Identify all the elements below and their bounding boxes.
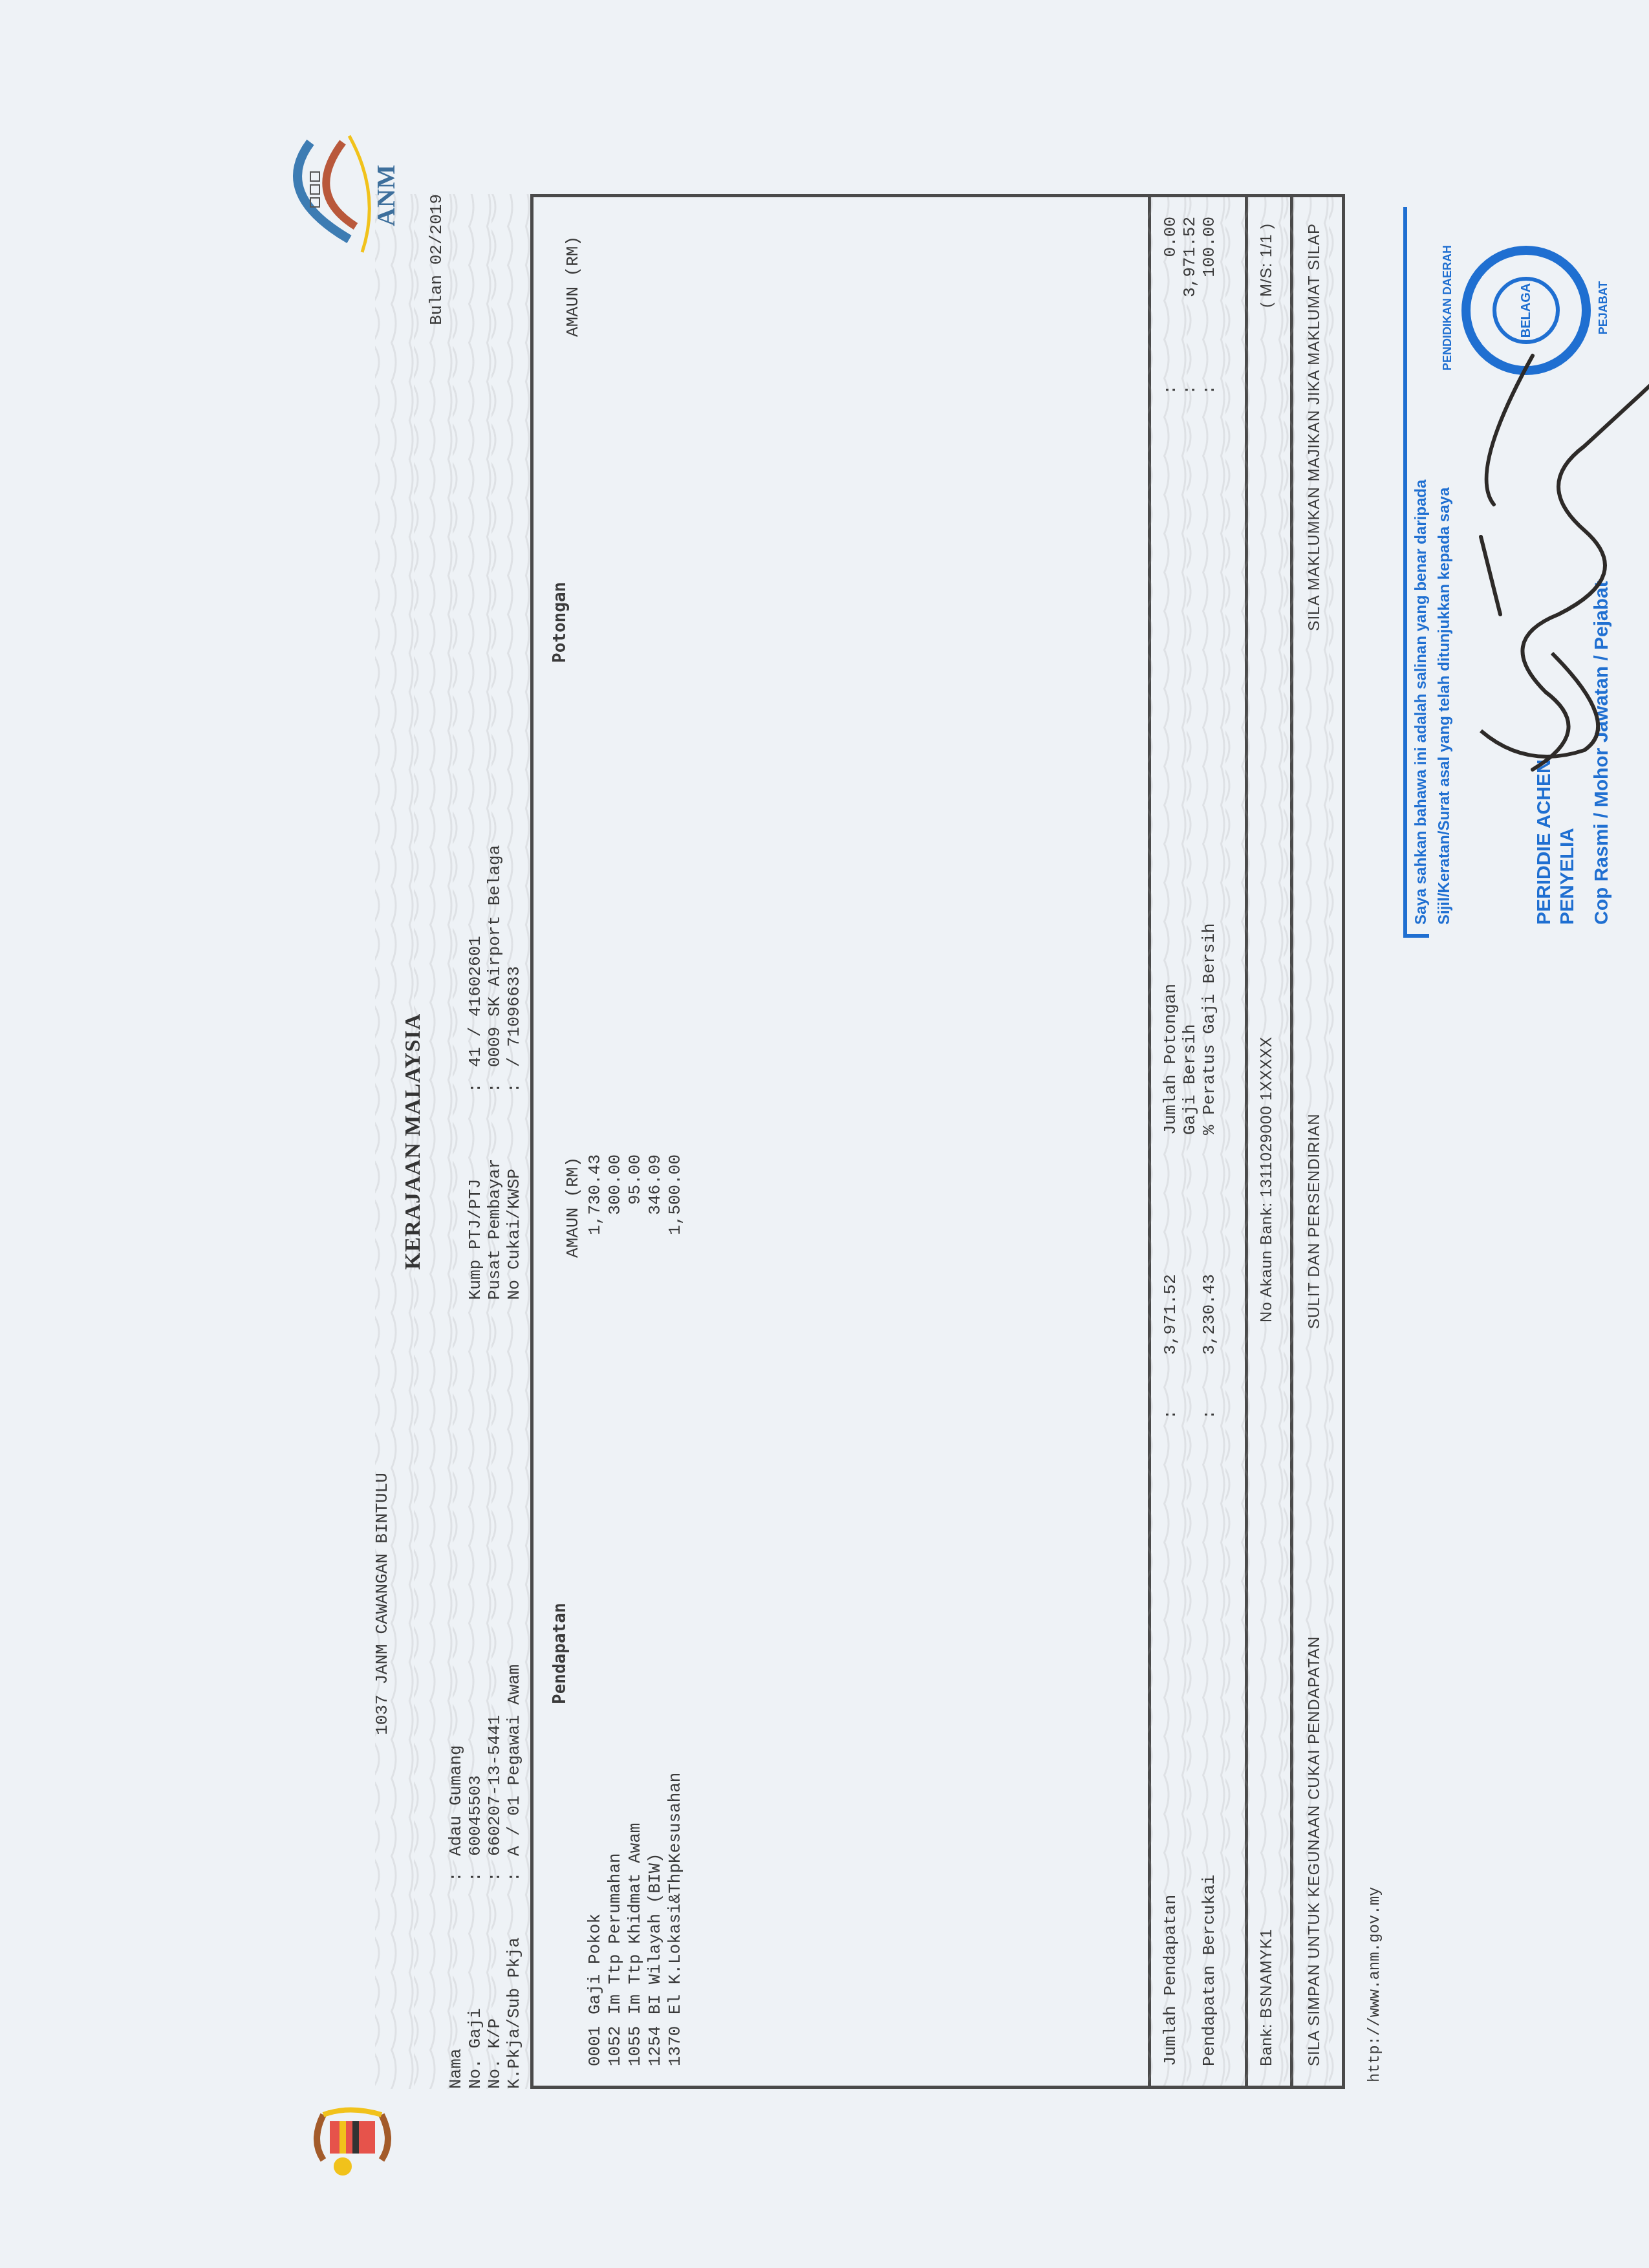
- field-label-no-gaji: No. Gaji: [466, 2008, 485, 2089]
- earnings-heading: Pendapatan: [550, 1603, 570, 1704]
- org-title: KERAJAAN MALAYSIA: [401, 194, 426, 2089]
- certification-stamp: Saya sahkan bahawa ini adalah salinan ya…: [1403, 207, 1617, 938]
- field-sep: :: [466, 1872, 485, 1882]
- salary-number: 60045503: [466, 1775, 485, 1856]
- field-label-pusat-pembayar: Pusat Pembayar: [485, 1159, 504, 1300]
- notice-bar: SILA SIMPAN UNTUK KEGUNAAN CUKAI PENDAPA…: [1290, 194, 1345, 2089]
- bank-name: Bank: BSNAMYK1: [1258, 1928, 1276, 2066]
- net-salary-label: Gaji Bersih: [1180, 1024, 1200, 1135]
- signature-icon: [1455, 291, 1649, 808]
- earning-code: 1254: [645, 2026, 665, 2066]
- service-category: A / 01 Pegawai Awam: [504, 1665, 524, 1856]
- total-earnings-value: 3,971.52: [1161, 1274, 1181, 1355]
- notice-report-errors: SILA MAKLUMKAN MAJIKAN JIKA MAKLUMAT SIL…: [1306, 223, 1324, 631]
- stamp-text-line1: Saya sahkan bahawa ini adalah salinan ya…: [1412, 480, 1430, 925]
- net-salary-value: 3,971.52: [1180, 217, 1200, 297]
- ptj-code: 41 / 41602601: [466, 936, 485, 1067]
- earning-description: El K.Lokasi&ThpKesusahan: [665, 1773, 685, 2014]
- field-sep: :: [1180, 385, 1200, 395]
- seal-text-top: PENDIDIKAN DAERAH: [1441, 243, 1454, 373]
- earning-code: 1370: [665, 2026, 685, 2066]
- field-label-no-kp: No. K/P: [485, 2018, 504, 2089]
- field-label-nama: Nama: [446, 2049, 466, 2089]
- totals-section: Jumlah Pendapatan : 3,971.52 Pendapatan …: [1148, 194, 1248, 2089]
- malaysia-coat-of-arms-icon: [304, 2102, 394, 2179]
- stamp-bracket: [1403, 207, 1407, 938]
- field-sep: :: [1161, 1409, 1181, 1420]
- field-sep: :: [504, 1872, 524, 1882]
- field-label-no-cukai: No Cukai/KWSP: [504, 1169, 524, 1300]
- notice-tax: SILA SIMPAN UNTUK KEGUNAAN CUKAI PENDAPA…: [1306, 1636, 1324, 2066]
- field-sep: :: [485, 1083, 504, 1093]
- field-sep: :: [485, 1872, 504, 1882]
- total-deductions-value: 0.00: [1161, 217, 1181, 257]
- ic-number: 660207-13-5441: [485, 1715, 504, 1856]
- field-sep: :: [466, 1083, 485, 1093]
- field-sep: :: [504, 1083, 524, 1093]
- earning-description: BI Wilayah (BIW): [645, 1853, 665, 2014]
- earning-amount: 1,500.00: [665, 1154, 685, 1258]
- header-band: 1037 JANM CAWANGAN BINTULU KERAJAAN MALA…: [375, 194, 530, 2089]
- notice-confidential: SULIT DAN PERSENDIRIAN: [1306, 1113, 1324, 1329]
- branch-name: 1037 JANM CAWANGAN BINTULU: [372, 1119, 392, 2089]
- website-link[interactable]: http://www.anm.gov.my: [1366, 1887, 1384, 2082]
- bank-account: No Akaun Bank: 1311029000 1XXXXX: [1258, 1036, 1276, 1323]
- tax-epf-number: / 71096633: [504, 966, 524, 1067]
- stamp-text-line2: Sijil/Keratan/Surat asal yang telah ditu…: [1436, 488, 1454, 925]
- employee-name: Adau Gumang: [446, 1745, 466, 1856]
- earning-description: Im Ttp Perumahan: [605, 1853, 625, 2014]
- earning-code: 0001: [585, 2026, 605, 2066]
- earning-description: Gaji Pokok: [585, 1914, 605, 2014]
- field-sep: :: [1200, 385, 1220, 395]
- deductions-amount-heading: AMAUN (RM): [563, 236, 583, 337]
- field-label-kump-ptj: Kump PTJ/PTJ: [466, 1179, 485, 1300]
- taxable-income-value: 3,230.43: [1200, 1274, 1220, 1355]
- field-label-pkja: K.Pkja/Sub Pkja: [504, 1938, 524, 2089]
- net-percent-label: % Peratus Gaji Bersih: [1200, 923, 1220, 1135]
- earning-amount: 300.00: [605, 1154, 625, 1258]
- stamp-bracket: [1403, 934, 1429, 938]
- payslip-document: ANM 1037 JANM CAWANGAN BINTULU KERAJAAN …: [285, 97, 1384, 2186]
- total-deductions-label: Jumlah Potongan: [1161, 984, 1181, 1135]
- deductions-heading: Potongan: [550, 582, 570, 663]
- page-indicator: ( M/S: 1/1 ): [1258, 223, 1276, 308]
- earning-amount: 1,730.43: [585, 1154, 605, 1258]
- earning-amount: 95.00: [625, 1154, 645, 1258]
- field-sep: :: [1161, 385, 1181, 395]
- bank-info-bar: Bank: BSNAMYK1 No Akaun Bank: 1311029000…: [1245, 194, 1293, 2089]
- field-sep: :: [1200, 1409, 1220, 1420]
- payment-center: 0009 SK Airport Belaga: [485, 845, 504, 1067]
- earning-description: Im Ttp Khidmat Awam: [625, 1823, 645, 2014]
- earning-code: 1052: [605, 2026, 625, 2066]
- taxable-income-label: Pendapatan Bercukai: [1200, 1875, 1220, 2066]
- earnings-amount-heading: AMAUN (RM): [563, 1157, 583, 1258]
- earning-code: 1055: [625, 2026, 645, 2066]
- pay-period: Bulan 02/2019: [427, 194, 446, 325]
- earning-amount: 346.09: [645, 1154, 665, 1258]
- net-percent-value: 100.00: [1200, 217, 1220, 277]
- field-sep: :: [446, 1872, 466, 1882]
- total-earnings-label: Jumlah Pendapatan: [1161, 1895, 1181, 2066]
- earnings-deductions-table: Pendapatan AMAUN (RM) Potongan AMAUN (RM…: [530, 194, 1151, 2089]
